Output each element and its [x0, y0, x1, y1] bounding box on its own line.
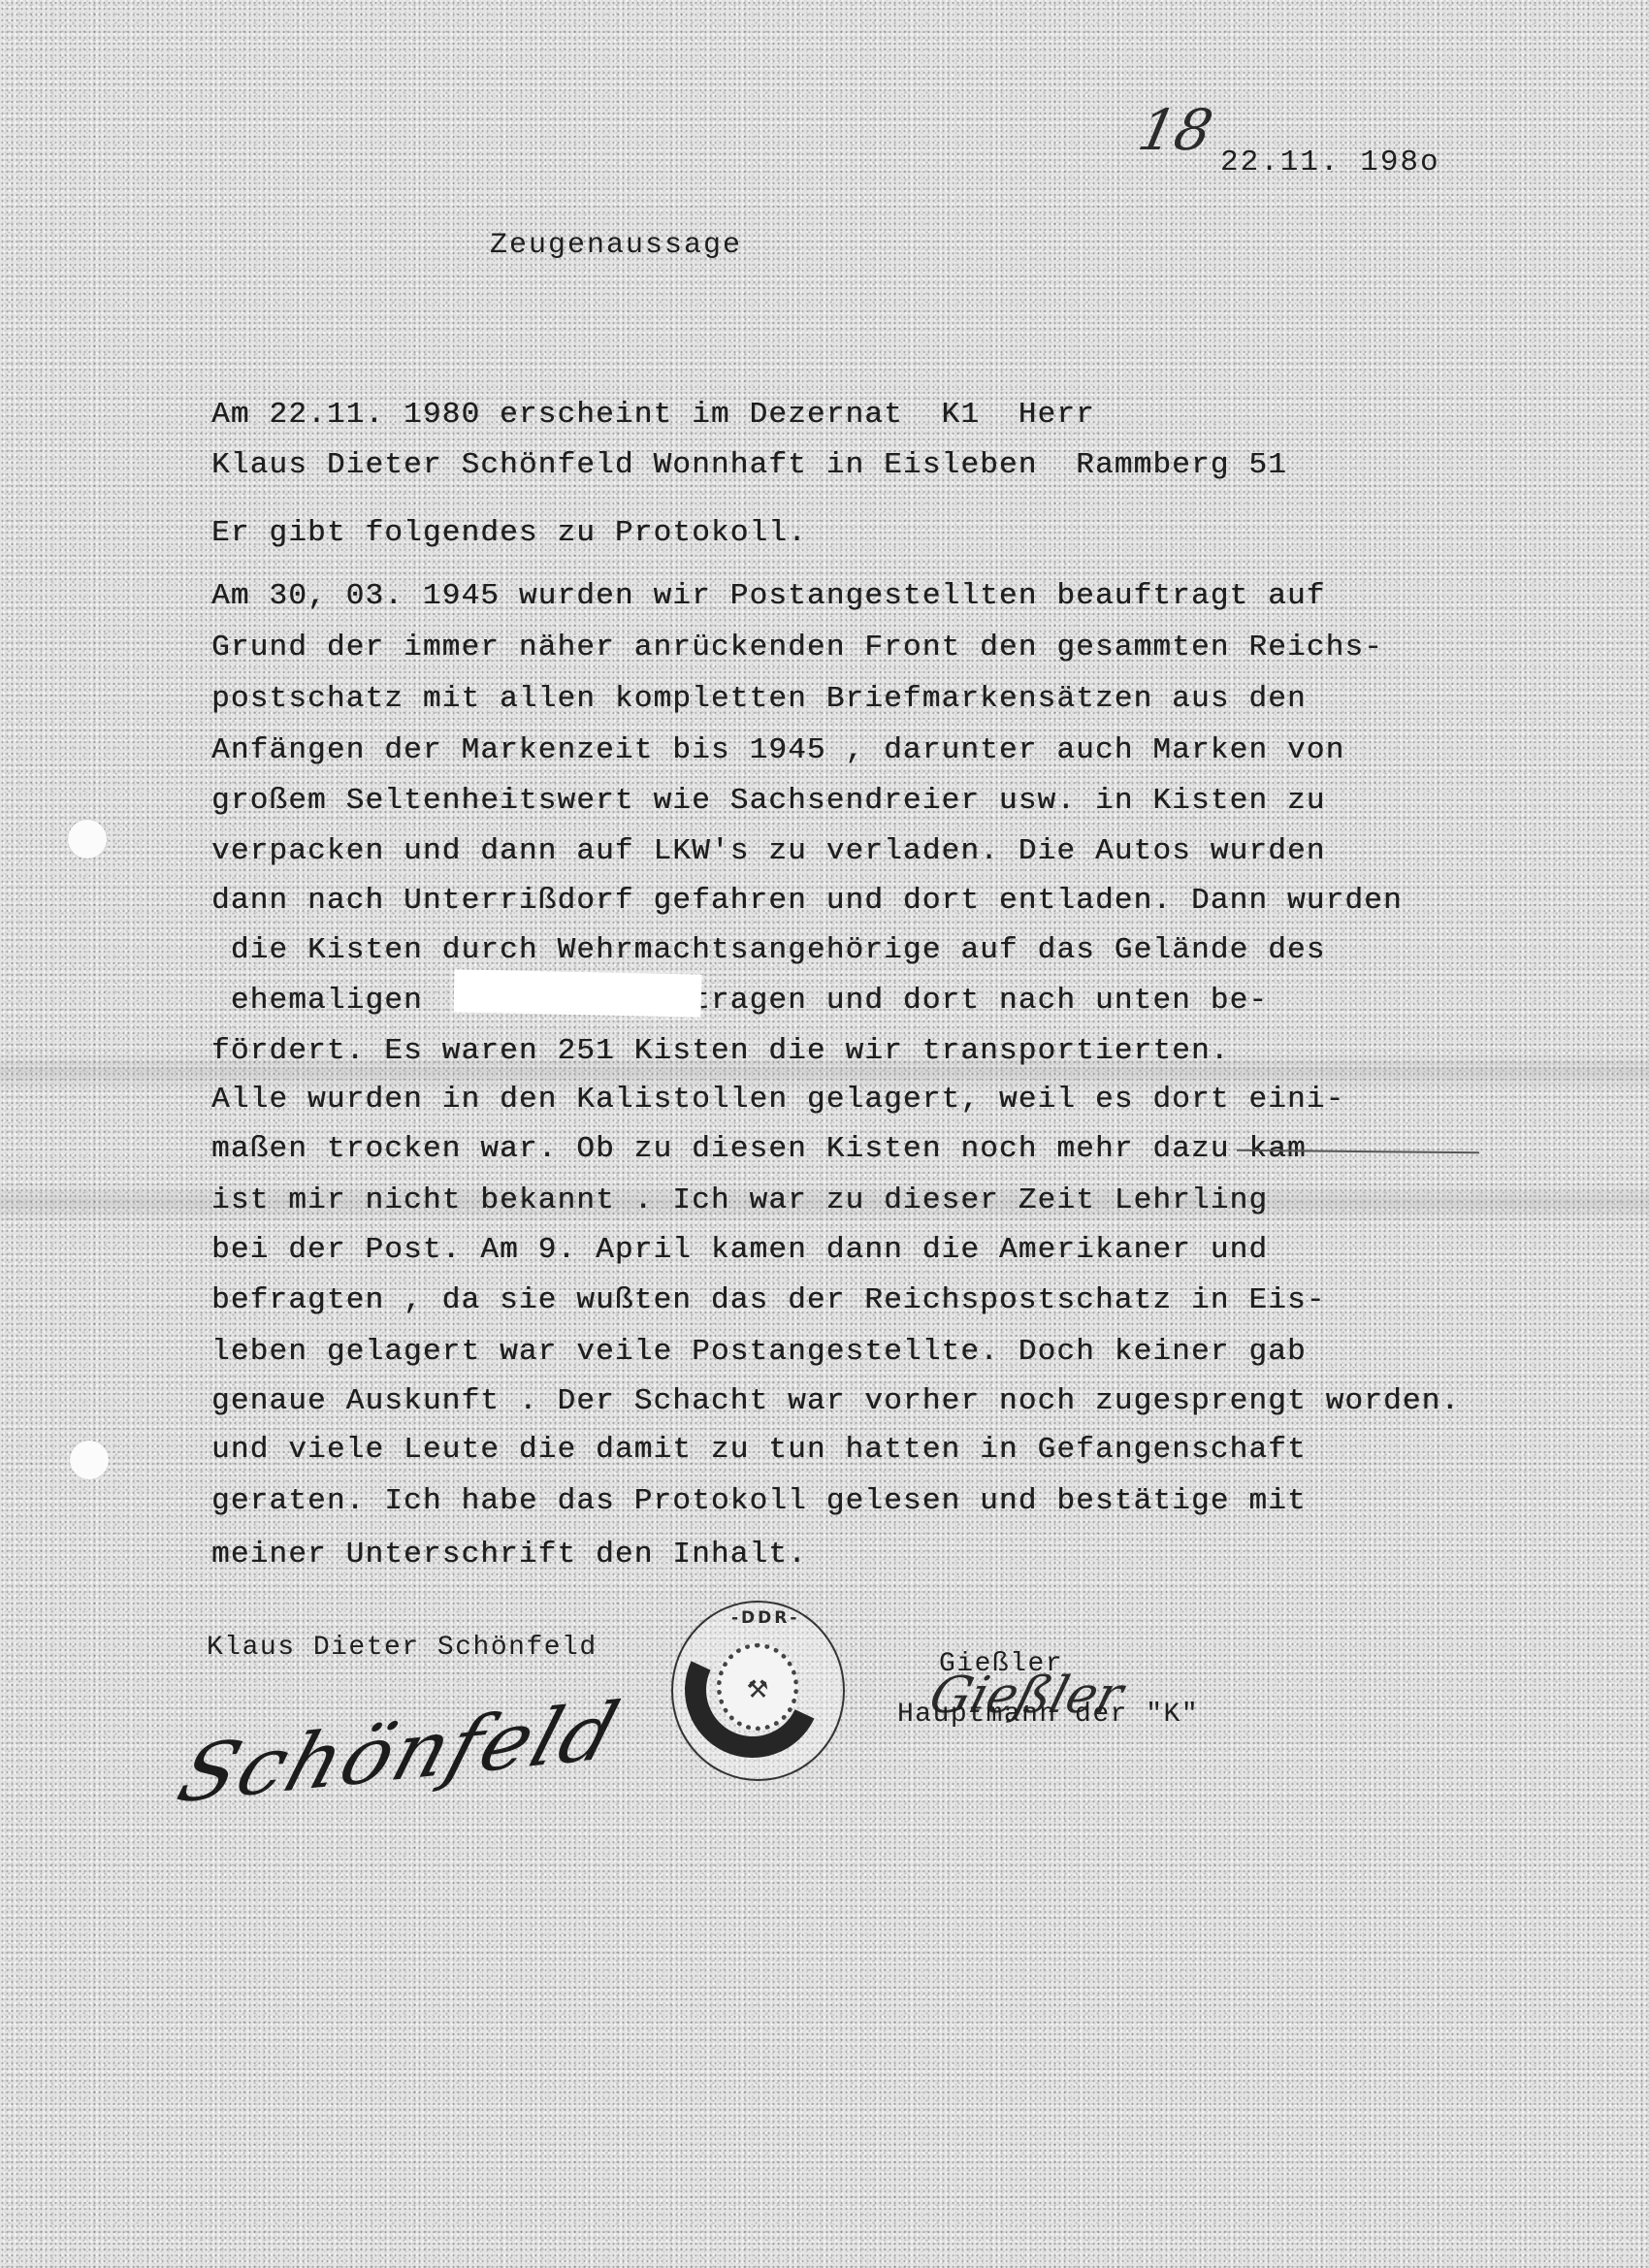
body-line: meiner Unterschrift den Inhalt.	[211, 1538, 807, 1571]
body-line: Am 30, 03. 1945 wurden wir Postangestell…	[211, 579, 1326, 613]
body-line: ist mir nicht bekannt . Ich war zu diese…	[211, 1183, 1268, 1217]
document-title: Zeugenaussage	[490, 229, 742, 262]
body-line: und viele Leute die damit zu tun hatten …	[211, 1433, 1307, 1467]
body-line: befragten , da sie wußten das der Reichs…	[211, 1283, 1326, 1317]
body-line: Anfängen der Markenzeit bis 1945 , darun…	[211, 733, 1344, 767]
document-date: 22.11. 198o	[1220, 146, 1440, 179]
body-line: leben gelagert war veile Postangestellte…	[211, 1335, 1307, 1369]
officer-rank: Hauptmann der "K"	[897, 1700, 1199, 1730]
body-line: verpacken und dann auf LKW's zu verladen…	[211, 834, 1326, 868]
body-line: maßen trocken war. Ob zu diesen Kisten n…	[211, 1132, 1307, 1166]
body-line: dann nach Unterrißdorf gefahren und dort…	[211, 884, 1403, 918]
witness-typed-name: Klaus Dieter Schönfeld	[207, 1633, 598, 1663]
intro-line: Am 22.11. 1980 erscheint im Dezernat K1 …	[211, 398, 1095, 432]
body-line: Alle wurden in den Kalistollen gelagert,…	[211, 1083, 1344, 1117]
body-line: genaue Auskunft . Der Schacht war vorher…	[211, 1384, 1460, 1418]
body-line: die Kisten durch Wehrmachtsangehörige au…	[211, 933, 1326, 967]
handwritten-page-number: 18	[1133, 97, 1218, 163]
hammer-compass-icon: ⚒	[717, 1643, 798, 1731]
punch-hole	[70, 1441, 109, 1479]
body-line: großem Seltenheitswert wie Sachsendreier…	[211, 784, 1326, 818]
body-line: fördert. Es waren 251 Kisten die wir tra…	[211, 1034, 1230, 1068]
document-page: 18 22.11. 198o Zeugenaussage Am 22.11. 1…	[0, 0, 1649, 2268]
body-line: ehemaligen getragen und dort nach unten …	[211, 984, 1268, 1018]
body-line: bei der Post. Am 9. April kamen dann die…	[211, 1233, 1268, 1267]
intro-line: Er gibt folgendes zu Protokoll.	[211, 516, 807, 550]
body-line: geraten. Ich habe das Protokoll gelesen …	[211, 1484, 1307, 1518]
witness-signature: Schönfeld	[168, 1686, 630, 1822]
body-line: Grund der immer näher anrückenden Front …	[211, 631, 1383, 664]
intro-line: Klaus Dieter Schönfeld Wonnhaft in Eisle…	[211, 448, 1287, 482]
official-stamp: -DDR- ⚒	[671, 1601, 845, 1781]
body-line: postschatz mit allen kompletten Briefmar…	[211, 682, 1307, 716]
stamp-text: -DDR-	[731, 1608, 799, 1628]
punch-hole	[68, 820, 107, 859]
redaction-box	[454, 969, 702, 1017]
